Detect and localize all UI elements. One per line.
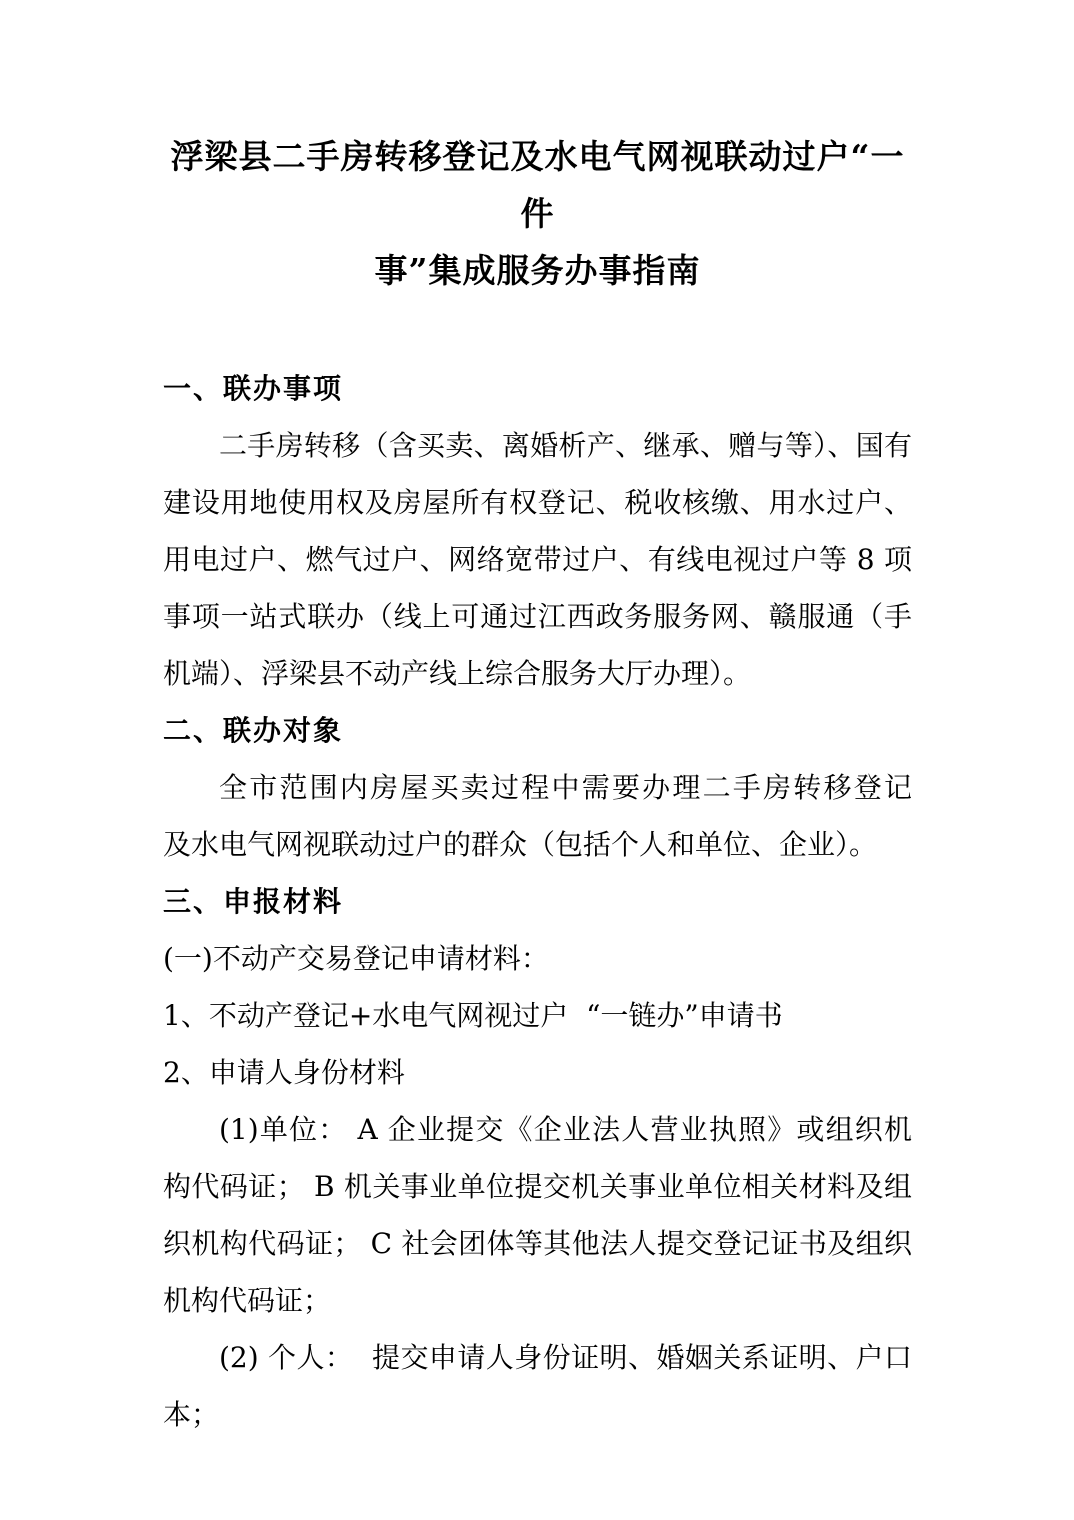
paragraph-line: 机构代码证； [163,1272,912,1329]
document-body: 一、联办事项 二手房转移（含买卖、离婚析产、继承、赠与等）、国有 建设用地使用权… [163,360,912,1443]
paragraph-line: 织机构代码证； C 社会团体等其他法人提交登记证书及组织 [163,1215,912,1272]
list-item-identity-materials: 2、申请人身份材料 [163,1044,912,1101]
paragraph-line: 建设用地使用权及房屋所有权登记、税收核缴、用水过户、 [163,474,912,531]
paragraph-line: 及水电气网视联动过户的群众（包括个人和单位、企业）。 [163,816,912,873]
paragraph-line: 事项一站式联办（线上可通过江西政务服务网、赣服通（手 [163,588,912,645]
paragraph-line: 本； [163,1386,912,1443]
paragraph-line: 构代码证； B 机关事业单位提交机关事业单位相关材料及组 [163,1158,912,1215]
document-content: 浮梁县二手房转移登记及水电气网视联动过户“一件 事”集成服务办事指南 一、联办事… [163,0,912,1443]
document-title: 浮梁县二手房转移登记及水电气网视联动过户“一件 事”集成服务办事指南 [163,128,912,299]
subsection-heading-registration-materials: (一)不动产交易登记申请材料： [163,930,912,987]
section-heading-materials: 三、申报材料 [163,873,912,930]
title-line-1: 浮梁县二手房转移登记及水电气网视联动过户“一件 [163,128,912,242]
paragraph-line: 机端）、浮梁县不动产线上综合服务大厅办理）。 [163,645,912,702]
section-heading-joint-items: 一、联办事项 [163,360,912,417]
list-item-individual: (2) 个人： 提交申请人身份证明、婚姻关系证明、户口 [163,1329,912,1386]
document-page: 浮梁县二手房转移登记及水电气网视联动过户“一件 事”集成服务办事指南 一、联办事… [0,0,1074,1520]
list-item-application-form: 1、不动产登记+水电气网视过户 “一链办”申请书 [163,987,912,1044]
paragraph-line: 二手房转移（含买卖、离婚析产、继承、赠与等）、国有 [163,417,912,474]
list-item-unit: (1)单位： A 企业提交《企业法人营业执照》或组织机 [163,1101,912,1158]
section-heading-joint-targets: 二、联办对象 [163,702,912,759]
paragraph-line: 用电过户、燃气过户、网络宽带过户、有线电视过户等 8 项 [163,531,912,588]
title-line-2: 事”集成服务办事指南 [163,242,912,299]
paragraph-line: 全市范围内房屋买卖过程中需要办理二手房转移登记 [163,759,912,816]
